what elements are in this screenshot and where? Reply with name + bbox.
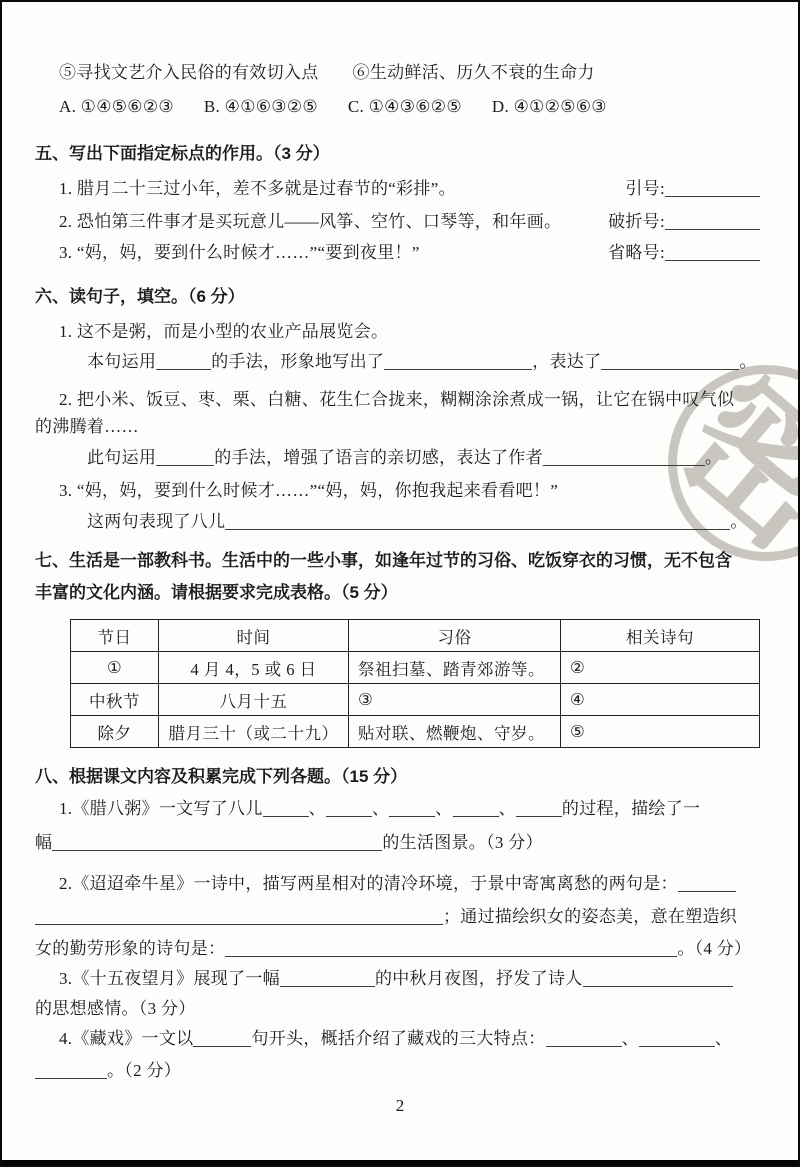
festival-table-header-row: 节日 时间 习俗 相关诗句 <box>71 620 760 652</box>
festival-table-row-1: ① 4 月 4，5 或 6 日 祭祖扫墓、踏青郊游等。 ② <box>71 652 760 684</box>
blank-answer-line <box>263 800 309 817</box>
text-segment: B. ④①⑥③②⑤ <box>204 97 318 116</box>
text-segment: 引号: <box>625 179 665 198</box>
text-segment: 省略号: <box>608 243 665 262</box>
festival-table-row-3: 除夕 腊月三十（或二十九） 贴对联、燃鞭炮、守岁。 ⑤ <box>71 716 760 748</box>
section8-q2-line2: ；通过描绘织女的姿态美，意在塑造织 <box>35 906 760 928</box>
blank-answer-line <box>193 1030 251 1047</box>
section8-q1-line2: 幅的生活图景。（3 分） <box>35 832 760 854</box>
section5-item-2: 2. 恐怕第三件事才是买玩意儿——风筝、空竹、口琴等，和年画。 破折号: <box>59 211 760 233</box>
section5-item-1-answer: 引号: <box>625 178 760 200</box>
blank-answer-line <box>546 1030 622 1047</box>
text-segment: 的过程，描绘了一 <box>562 799 700 818</box>
cell-poem-3: ⑤ <box>561 716 760 748</box>
text-segment: A. ①④⑤⑥②③ <box>59 97 174 116</box>
section7-heading-line2: 丰富的文化内涵。请根据要求完成表格。（5 分） <box>35 582 760 604</box>
scan-bottom-edge <box>2 1160 798 1165</box>
text-segment: 的手法，增强了语言的亲切感，表达了作者 <box>214 448 543 467</box>
text-segment: 、 <box>435 799 452 818</box>
section6-sentence-2-cont: 的沸腾着…… <box>35 416 760 438</box>
text-segment: ；通过描绘织女的姿态美，意在塑造织 <box>443 907 737 926</box>
text-segment: 女的勤劳形象的诗句是： <box>35 939 225 958</box>
blank-answer-line <box>280 970 375 987</box>
blank-answer-line <box>601 353 739 370</box>
blank-answer-line <box>665 213 760 230</box>
blank-answer-line <box>225 513 730 530</box>
text-segment: 1.《腊八粥》一文写了八儿 <box>59 799 263 818</box>
text-segment: 、 <box>622 1029 639 1048</box>
section5-item-1: 1. 腊月二十三过小年，差不多就是过春节的“彩排”。 引号: <box>59 178 760 200</box>
text-segment: 的手法，形象地写出了 <box>211 352 384 371</box>
text-segment: 。（2 分） <box>107 1061 181 1080</box>
section6-fill-1: 本句运用的手法，形象地写出了，表达了。 <box>87 351 760 373</box>
text-segment: ，表达了 <box>532 352 601 371</box>
blank-answer-line <box>543 449 705 466</box>
cell-custom-2: ③ <box>349 684 561 716</box>
text-segment: 、 <box>309 799 326 818</box>
section6-fill-2: 此句运用的手法，增强了语言的亲切感，表达了作者。 <box>87 447 760 469</box>
section8-q1-line1: 1.《腊八粥》一文写了八儿、、、、的过程，描绘了一 <box>59 798 760 820</box>
cell-custom-3: 贴对联、燃鞭炮、守岁。 <box>349 716 561 748</box>
section8-q3-line1: 3.《十五夜望月》展现了一幅的中秋月夜图，抒发了诗人 <box>59 968 760 990</box>
page-number: 2 <box>2 1096 798 1116</box>
cell-poem-1: ② <box>561 652 760 684</box>
blank-answer-line <box>389 800 435 817</box>
blank-answer-line <box>326 800 372 817</box>
cell-time-3: 腊月三十（或二十九） <box>159 716 349 748</box>
text-segment: 2.《迢迢牵牛星》一诗中，描写两星相对的清冷环境，于景中寄寓离愁的两句是： <box>59 874 678 893</box>
section6-fill-3: 这两句表现了八儿。 <box>87 511 760 533</box>
blank-answer-line <box>225 940 677 957</box>
text-segment: 。（4 分） <box>677 939 751 958</box>
section5-item-3: 3. “妈，妈，要到什么时候才……”“要到夜里！” 省略号: <box>59 242 760 264</box>
blank-answer-line <box>516 800 562 817</box>
blank-answer-line <box>639 1030 715 1047</box>
text-segment: 的生活图景。（3 分） <box>382 833 543 852</box>
section8-q3-line2: 的思想感情。（3 分） <box>35 998 760 1020</box>
col-header-festival: 节日 <box>71 620 159 652</box>
text-segment: 的中秋月夜图，抒发了诗人 <box>375 969 583 988</box>
section6-sentence-2: 2. 把小米、饭豆、枣、栗、白糖、花生仁合拢来，糊糊涂涂煮成一锅，让它在锅中叹气… <box>59 389 760 411</box>
festival-table-row-2: 中秋节 八月十五 ③ ④ <box>71 684 760 716</box>
text-segment: ⑥生动鲜活、历久不衰的生命力 <box>353 63 595 82</box>
text-segment: 、 <box>499 799 516 818</box>
festival-table: 节日 时间 习俗 相关诗句 ① 4 月 4，5 或 6 日 祭祖扫墓、踏青郊游等… <box>70 619 760 748</box>
choice-option-items-line: ⑤寻找文艺介入民俗的有效切入点⑥生动鲜活、历久不衰的生命力 <box>59 62 760 84</box>
text-segment: C. ①④③⑥②⑤ <box>348 97 462 116</box>
cell-festival-1: ① <box>71 652 159 684</box>
blank-answer-line <box>665 244 760 261</box>
cell-festival-3: 除夕 <box>71 716 159 748</box>
cell-time-1: 4 月 4，5 或 6 日 <box>159 652 349 684</box>
col-header-poem: 相关诗句 <box>561 620 760 652</box>
section8-q4-line1: 4.《藏戏》一文以句开头，概括介绍了藏戏的三大特点：、、 <box>59 1028 760 1050</box>
section5-item-2-text: 2. 恐怕第三件事才是买玩意儿——风筝、空竹、口琴等，和年画。 <box>59 211 561 233</box>
section7-heading-line1: 七、生活是一部教科书。生活中的一些小事，如逢年过节的习俗、吃饭穿衣的习惯，无不包… <box>35 550 760 572</box>
text-segment: 破折号: <box>608 212 665 231</box>
text-segment: 句开头，概括介绍了藏戏的三大特点： <box>251 1029 545 1048</box>
cell-poem-2: ④ <box>561 684 760 716</box>
section6-sentence-3: 3. “妈，妈，要到什么时候才……”“妈，妈，你抱我起来看看吧！” <box>59 480 760 502</box>
text-segment: 、 <box>715 1029 732 1048</box>
text-segment: 此句运用 <box>87 448 156 467</box>
section5-item-2-answer: 破折号: <box>608 211 760 233</box>
section6-sentence-1: 1. 这不是粥，而是小型的农业产品展览会。 <box>59 321 760 343</box>
text-segment: 这两句表现了八儿 <box>87 512 225 531</box>
blank-answer-line <box>52 834 382 851</box>
text-segment: 、 <box>372 799 389 818</box>
section8-q2-line1: 2.《迢迢牵牛星》一诗中，描写两星相对的清冷环境，于景中寄寓离愁的两句是： <box>59 873 760 895</box>
text-segment: 。 <box>739 352 756 371</box>
text-segment: 本句运用 <box>87 352 156 371</box>
section5-item-1-text: 1. 腊月二十三过小年，差不多就是过春节的“彩排”。 <box>59 178 456 200</box>
text-segment: 3.《十五夜望月》展现了一幅 <box>59 969 280 988</box>
blank-answer-line <box>665 180 760 197</box>
blank-answer-line <box>453 800 499 817</box>
blank-answer-line <box>384 353 532 370</box>
col-header-time: 时间 <box>159 620 349 652</box>
exam-paper-page: 密 ⑤寻找文艺介入民俗的有效切入点⑥生动鲜活、历久不衰的生命力 A. ①④⑤⑥②… <box>0 0 800 1167</box>
col-header-custom: 习俗 <box>349 620 561 652</box>
text-segment: D. ④①②⑤⑥③ <box>492 97 607 116</box>
section6-heading: 六、读句子，填空。（6 分） <box>35 286 760 308</box>
blank-answer-line <box>583 970 733 987</box>
blank-answer-line <box>678 875 736 892</box>
blank-answer-line <box>156 449 214 466</box>
text-segment: ⑤寻找文艺介入民俗的有效切入点 <box>59 63 319 82</box>
section8-q4-line2: 。（2 分） <box>35 1060 760 1082</box>
blank-answer-line <box>35 1062 107 1079</box>
section5-heading: 五、写出下面指定标点的作用。（3 分） <box>35 143 760 165</box>
cell-festival-2: 中秋节 <box>71 684 159 716</box>
text-segment: 4.《藏戏》一文以 <box>59 1029 193 1048</box>
cell-time-2: 八月十五 <box>159 684 349 716</box>
text-segment: 。 <box>730 512 747 531</box>
blank-answer-line <box>35 908 443 925</box>
section5-item-3-text: 3. “妈，妈，要到什么时候才……”“要到夜里！” <box>59 242 420 264</box>
text-segment: 。 <box>705 448 722 467</box>
cell-custom-1: 祭祖扫墓、踏青郊游等。 <box>349 652 561 684</box>
text-segment: 幅 <box>35 833 52 852</box>
choice-answers-line: A. ①④⑤⑥②③B. ④①⑥③②⑤C. ①④③⑥②⑤D. ④①②⑤⑥③ <box>59 96 760 118</box>
blank-answer-line <box>156 353 211 370</box>
section5-item-3-answer: 省略号: <box>608 242 760 264</box>
section8-q2-line3: 女的勤劳形象的诗句是：。（4 分） <box>35 938 760 960</box>
section8-heading: 八、根据课文内容及积累完成下列各题。（15 分） <box>35 766 760 788</box>
